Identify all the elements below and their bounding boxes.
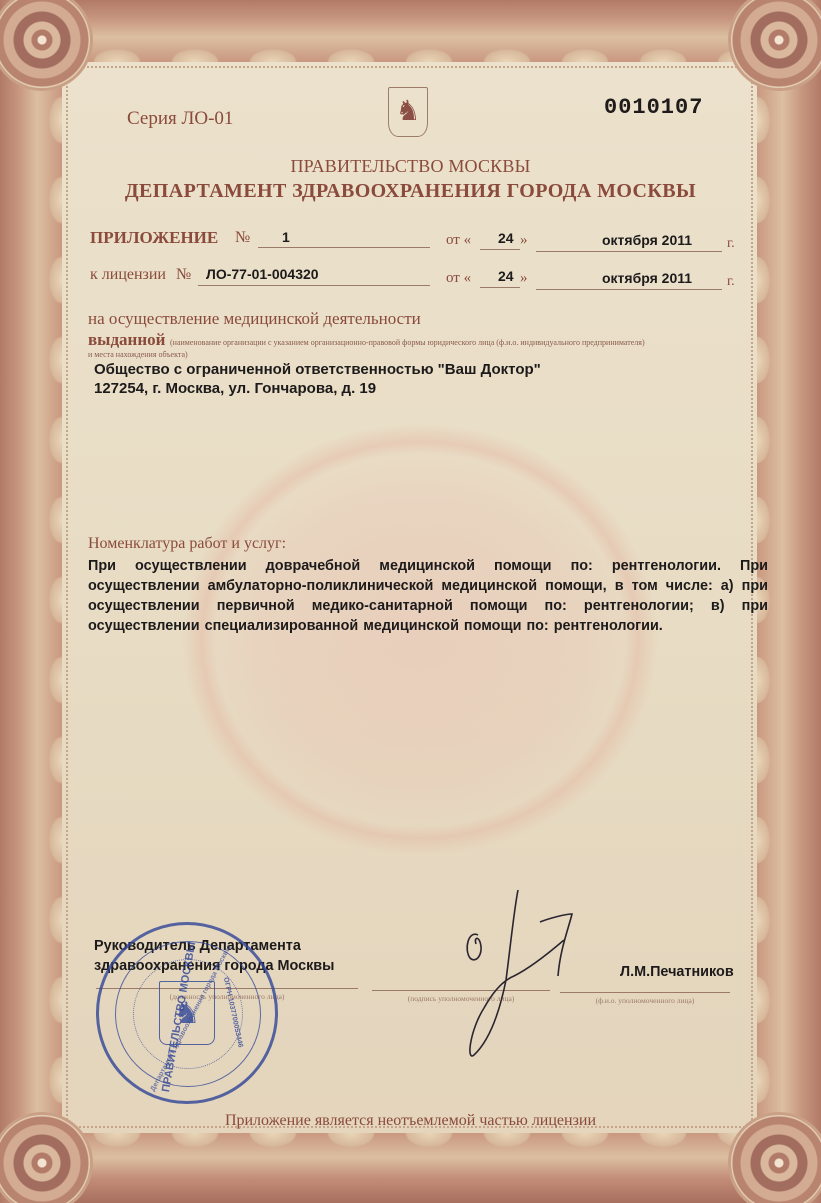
appendix-day-close: » (520, 232, 528, 249)
appendix-label: ПРИЛОЖЕНИЕ (90, 228, 218, 248)
organization-name: Общество с ограниченной ответственностью… (94, 360, 541, 379)
official-stamp: ♞ ПРАВИТЕЛЬСТВО МОСКВЫ ОГРН 103770005344… (96, 922, 278, 1104)
license-num-sign: № (176, 266, 191, 284)
license-from-label: от « (446, 270, 471, 287)
government-title: ПРАВИТЕЛЬСТВО МОСКВЫ (0, 156, 821, 177)
issued-hint-2: и места нахождения объекта) (88, 350, 188, 359)
license-year-suffix: г. (727, 274, 735, 290)
appendix-num-sign: № (235, 229, 250, 247)
nomenclature-title: Номенклатура работ и услуг: (88, 535, 286, 553)
underline (480, 287, 520, 288)
license-day: 24 (498, 268, 514, 284)
organization-block: Общество с ограниченной ответственностью… (94, 360, 541, 398)
appendix-number: 1 (282, 229, 290, 245)
appendix-from-label: от « (446, 232, 471, 249)
footer-note: Приложение является неотъемлемой частью … (0, 1112, 821, 1130)
underline (258, 247, 430, 248)
appendix-day: 24 (498, 230, 514, 246)
form-number: 0010107 (604, 95, 703, 120)
issued-hint: (наименование организации с указанием ор… (170, 338, 645, 347)
underline (536, 289, 722, 290)
appendix-month-year: октября 2011 (602, 232, 692, 248)
license-day-close: » (520, 270, 528, 287)
handwritten-signature-icon (440, 880, 600, 1080)
ornamental-border-bottom (0, 1133, 821, 1203)
russian-coat-of-arms-icon: ♞ (388, 87, 428, 137)
series-label: Серия ЛО-01 (127, 108, 233, 130)
license-label: к лицензии (90, 266, 166, 284)
underline (480, 249, 520, 250)
ornamental-border-top (0, 0, 821, 62)
organization-address: 127254, г. Москва, ул. Гончарова, д. 19 (94, 379, 541, 398)
license-appendix-document: Серия ЛО-01 ♞ 0010107 ПРАВИТЕЛЬСТВО МОСК… (0, 0, 821, 1203)
nomenclature-text: При осуществлении доврачебной медицинско… (88, 556, 768, 636)
activity-line: на осуществление медицинской деятельност… (88, 309, 421, 329)
underline (198, 285, 430, 286)
issued-label: выданной (88, 330, 165, 350)
license-number: ЛО-77-01-004320 (206, 266, 319, 282)
department-title: ДЕПАРТАМЕНТ ЗДРАВООХРАНЕНИЯ ГОРОДА МОСКВ… (0, 180, 821, 203)
license-month-year: октября 2011 (602, 270, 692, 286)
underline (536, 251, 722, 252)
appendix-year-suffix: г. (727, 236, 735, 252)
signer-name: Л.М.Печатников (620, 964, 734, 980)
